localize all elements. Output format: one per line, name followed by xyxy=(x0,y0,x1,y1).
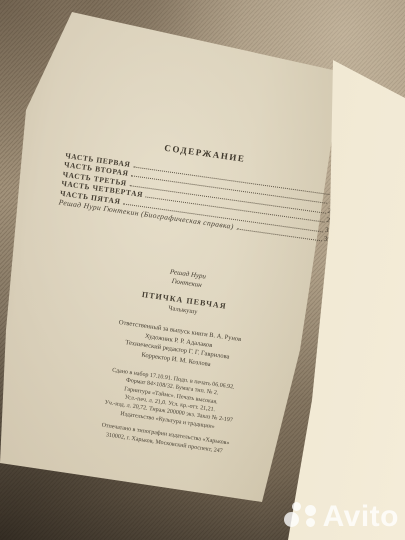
contents-page-text: СОДЕРЖАНИЕ ЧАСТЬ ПЕРВАЯ 5 ЧАСТЬ ВТОРАЯ 1… xyxy=(25,115,346,467)
avito-logo-icon xyxy=(284,502,318,532)
avito-watermark: Avito xyxy=(284,502,399,532)
avito-watermark-label: Avito xyxy=(323,502,399,532)
book-photo: СОДЕРЖАНИЕ ЧАСТЬ ПЕРВАЯ 5 ЧАСТЬ ВТОРАЯ 1… xyxy=(0,0,405,540)
